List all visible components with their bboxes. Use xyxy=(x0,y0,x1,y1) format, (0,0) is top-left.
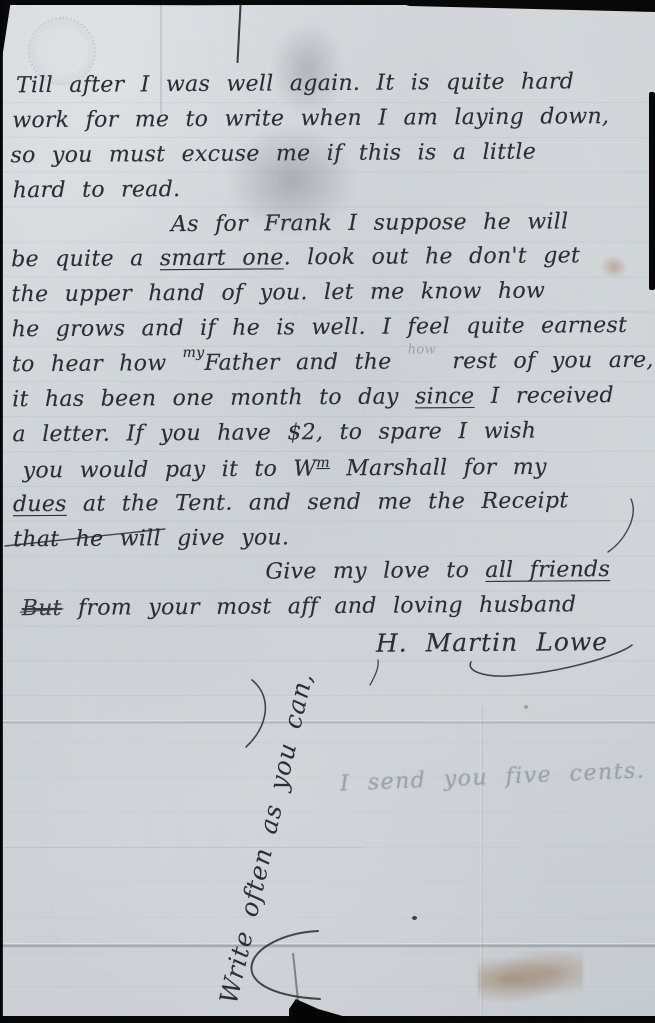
letter-line: dues at the Tent. and send me the Receip… xyxy=(13,487,654,526)
scan-background: Till after I was well again. It is quite… xyxy=(0,0,655,1023)
letter-text-segment: from your most aff and loving husband xyxy=(62,593,577,622)
letter-text-segment: the upper hand of you. let me know how xyxy=(11,279,545,308)
letter-line: be quite a smart one. look out he don't … xyxy=(11,243,652,282)
letter-line: you would pay it to Wm Marshall for my xyxy=(13,453,654,492)
pencil-note: I send you five cents. xyxy=(340,758,646,796)
letter-text-segment: you would pay it to W xyxy=(23,456,317,483)
letter-line: to hear how myFather and the how rest of… xyxy=(12,348,653,387)
letter-text-segment: Marshall for my xyxy=(330,455,547,482)
letter-text-segment: Give my love to xyxy=(265,558,485,585)
paper-tear xyxy=(236,5,241,63)
letter-text-segment: at the Tent. and send me the Receipt xyxy=(67,488,569,517)
brown-stain xyxy=(478,951,583,1003)
letter-text-segment: dues xyxy=(13,492,67,517)
letter-text-segment: he grows and if he is well. I feel quite… xyxy=(12,313,628,342)
letter-text-segment: Till after I was well again. It is quite… xyxy=(16,69,574,98)
signature: H. Martin Lowe xyxy=(14,627,655,666)
ink-speck xyxy=(412,916,417,920)
letter-line: that he will give you. xyxy=(13,522,654,561)
fold-crease xyxy=(2,845,362,848)
letter-text-segment: rest of you are, xyxy=(436,348,654,375)
fold-crease xyxy=(2,943,655,948)
fold-crease xyxy=(2,720,655,724)
letter-text-segment: . look out he don't get xyxy=(284,244,581,271)
letter-line: so you must excuse me if this is a littl… xyxy=(10,139,651,178)
letter-text-segment: H. Martin Lowe xyxy=(376,627,608,658)
letter-text-segment: m xyxy=(316,455,330,471)
letter-line: But from your most aff and loving husban… xyxy=(14,592,655,631)
stain-speck xyxy=(524,705,528,709)
scan-edge-right xyxy=(649,92,655,290)
letter-text-segment: to hear how xyxy=(12,351,183,377)
letter-line: it has been one month to day since I rec… xyxy=(12,383,653,422)
vertical-margin-note: Write often as you can, xyxy=(214,669,319,1006)
letter-text-segment: since xyxy=(415,384,475,409)
letter-text-segment: smart one xyxy=(160,246,284,272)
letter-text-segment: work for me to write when I am laying do… xyxy=(12,104,609,133)
vertical-note-paren-flourish xyxy=(246,680,265,747)
letter-line: the upper hand of you. let me know how xyxy=(11,278,652,317)
vertical-note-c-flourish xyxy=(251,931,320,999)
letter-text: Till after I was well again. It is quite… xyxy=(10,69,655,667)
letter-line: a letter. If you have $2, to spare I wis… xyxy=(12,418,653,457)
interline-insertion: my xyxy=(183,345,205,361)
letter-text-segment: hard to read. xyxy=(13,177,181,203)
letter-line: work for me to write when I am laying do… xyxy=(10,104,651,143)
letter-text-segment: it has been one month to day xyxy=(12,384,415,412)
letter-line: Till after I was well again. It is quite… xyxy=(10,69,651,108)
scanned-letter-screenshot: { "colors": { "paper": "#ced2d6", "ink":… xyxy=(0,0,655,1023)
letter-paper: Till after I was well again. It is quite… xyxy=(2,5,655,1016)
letter-text-segment: be quite a xyxy=(11,247,160,273)
interline-insertion: how xyxy=(408,342,436,357)
letter-line: Give my love to all friends xyxy=(13,557,654,596)
letter-text-segment: As for Frank I suppose he will xyxy=(171,209,569,237)
letter-text-segment: so you must excuse me if this is a littl… xyxy=(10,139,536,168)
letter-line: As for Frank I suppose he will xyxy=(11,208,652,247)
letter-text-segment: that he will give you. xyxy=(13,525,289,552)
letter-text-segment: I received xyxy=(474,383,614,409)
crossed-out-word: But xyxy=(22,596,62,621)
letter-line: hard to read. xyxy=(11,173,652,212)
letter-text-segment: all friends xyxy=(485,558,610,584)
scan-edge-left xyxy=(0,0,3,1023)
letter-line: he grows and if he is well. I feel quite… xyxy=(12,313,653,352)
letter-text-segment: a letter. If you have $2, to spare I wis… xyxy=(12,418,536,447)
letter-text-segment: Father and the xyxy=(204,350,407,376)
